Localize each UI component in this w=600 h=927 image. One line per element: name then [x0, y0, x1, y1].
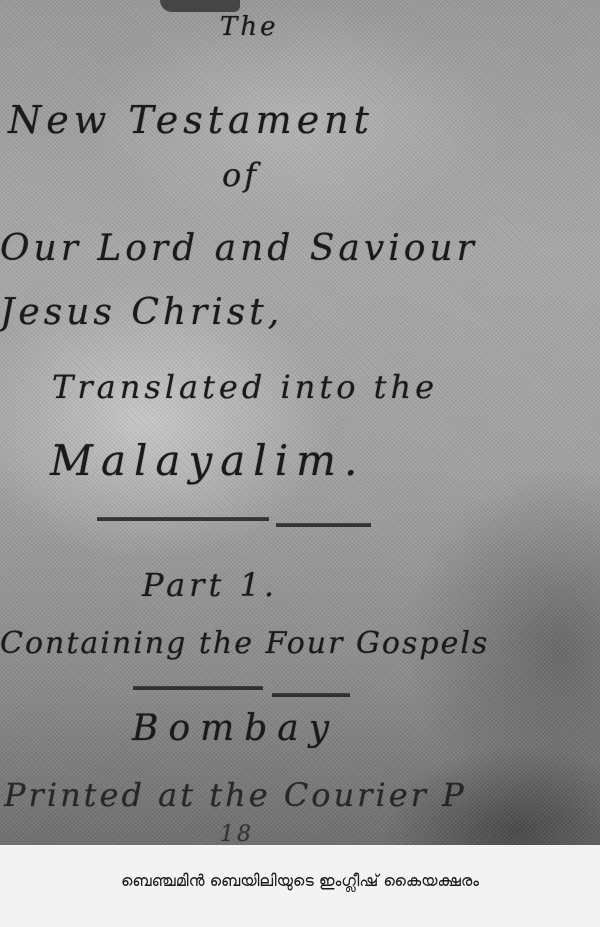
underline-1	[97, 517, 269, 521]
handwritten-line-jesus-christ: Jesus Christ,	[0, 292, 283, 333]
handwritten-line-part-1: Part 1.	[142, 566, 278, 604]
handwritten-line-translated-into-the: Translated into the	[52, 368, 438, 406]
handwritten-line-malayalim: Malayalim.	[50, 436, 365, 485]
handwritten-line-printed-at: Printed at the Courier P	[4, 776, 467, 814]
manuscript-photo: The New Testament of Our Lord and Saviou…	[0, 0, 600, 845]
handwritten-line-containing-the-four-gospels: Containing the Four Gospels	[0, 626, 489, 661]
handwritten-line-of: of	[222, 156, 259, 194]
handwritten-line-bombay: Bombay	[132, 708, 339, 749]
underline-4	[272, 693, 350, 697]
underline-3	[133, 686, 263, 690]
underline-2	[276, 523, 371, 527]
handwritten-line-our-lord-and-saviour: Our Lord and Saviour	[0, 228, 478, 269]
caption-strip: ബെഞ്ചമിൻ ബെയിലിയുടെ ഇംഗ്ലീഷ് കൈയക്ഷരം	[0, 845, 600, 927]
handwritten-line-the: The	[220, 12, 278, 42]
handwritten-line-year: 18	[220, 822, 254, 845]
handwritten-line-new-testament: New Testament	[8, 98, 374, 142]
caption-text: ബെഞ്ചമിൻ ബെയിലിയുടെ ഇംഗ്ലീഷ് കൈയക്ഷരം	[0, 871, 600, 891]
